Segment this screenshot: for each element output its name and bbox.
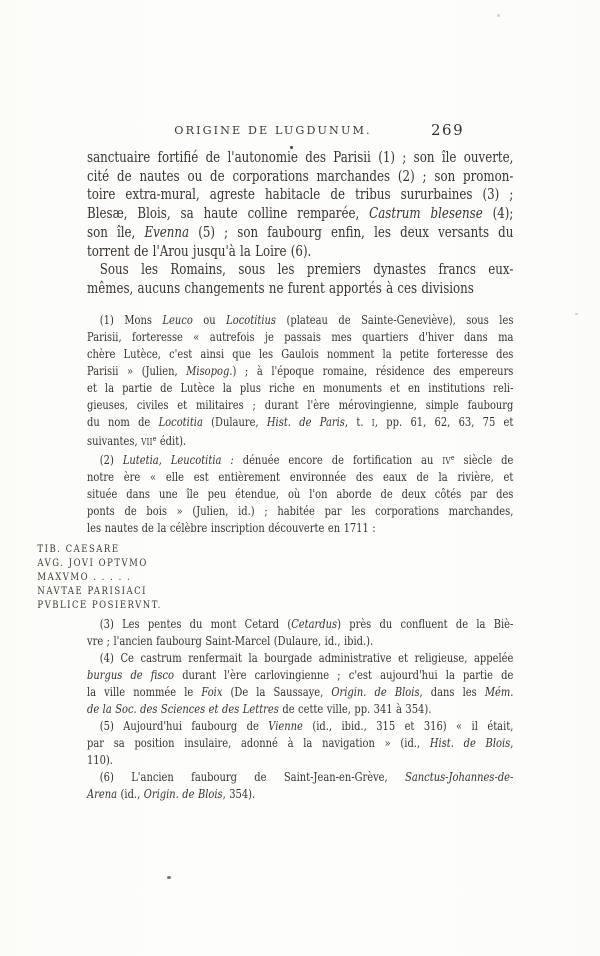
footnote: (4) Ce castrum renfermait la bourgade ad…: [87, 649, 513, 717]
footnote-line: (3) Les pentes du mont Cetard (Cetardus)…: [87, 615, 513, 632]
footnote-line: gieuses, civiles et militaires ; durant …: [87, 396, 513, 413]
footnote-line: Parisii, forteresse « autrefois je passa…: [87, 328, 513, 345]
ink-speck: [290, 146, 293, 149]
footnote: (3) Les pentes du mont Cetard (Cetardus)…: [87, 615, 513, 649]
footnote-line: (6) L'ancien faubourg de Saint-Jean-en-G…: [87, 768, 513, 785]
footnote-line: notre ère « elle est entièrement environ…: [87, 468, 513, 485]
footnote-line: 110).: [87, 751, 513, 768]
paragraph-line: Sous les Romains, sous les premiers dyna…: [87, 261, 513, 280]
footnote-line: de la Soc. des Sciences et des Lettres d…: [87, 700, 513, 717]
footnote-line: Parisii » (Julien, Misopog.) ; à l'époqu…: [87, 362, 513, 379]
inscription-line: TIB. CAESARE: [37, 542, 463, 556]
inscription-line: PVBLICE POSIERVNT.: [37, 598, 463, 612]
footnote-line: ponts de bois » (Julien, id.) ; habitée …: [87, 502, 513, 519]
paragraph-line: toire extra-mural, agreste habitacle de …: [87, 186, 513, 205]
paragraph-line: cité de nautes ou de corporations marcha…: [87, 168, 513, 187]
footnote: (6) L'ancien faubourg de Saint-Jean-en-G…: [87, 768, 513, 802]
paragraph-line: Blesæ, Blois, sa haute colline remparée,…: [87, 205, 513, 224]
paragraph: Sous les Romains, sous les premiers dyna…: [87, 261, 513, 298]
footnote-line: du nom de Locotitia (Dulaure, Hist. de P…: [87, 413, 513, 430]
book-page-scan: ORIGINE DE LUGDUNUM. 269 sanctuaire fort…: [0, 0, 600, 956]
text-column: sanctuaire fortifié de l'autonomie des P…: [87, 149, 513, 803]
paragraph-line: sanctuaire fortifié de l'autonomie des P…: [87, 149, 513, 168]
footnote-line: (2) Lutetia, Leucotitia : dénuée encore …: [87, 449, 513, 468]
ink-speck: [167, 876, 171, 879]
footnote-line: les nautes de la célèbre inscription déc…: [87, 519, 513, 536]
running-head-title: ORIGINE DE LUGDUNUM.: [174, 124, 371, 137]
ink-speck: [497, 14, 500, 17]
footnote-line: suivantes, viie édit).: [87, 430, 513, 449]
inscription-line: AVG. JOVI OPTVMO: [37, 556, 463, 570]
inscription-line: NAVTAE PARISIACI: [37, 584, 463, 598]
footnote: (2) Lutetia, Leucotitia : dénuée encore …: [87, 449, 513, 536]
footnote-line: et la partie de Lutèce la plus riche en …: [87, 379, 513, 396]
footnote-line: (5) Aujourd'hui faubourg de Vienne (id.,…: [87, 717, 513, 734]
footnote-line: la ville nommée le Foix (De la Saussaye,…: [87, 683, 513, 700]
ink-speck: [575, 313, 578, 315]
footnote-line: burgus de fisco durant l'ère carlovingie…: [87, 666, 513, 683]
footnote-line: Arena (id., Origin. de Blois, 354).: [87, 785, 513, 802]
page-number: 269: [431, 121, 464, 139]
footnote: (1) Mons Leuco ou Locotitius (plateau de…: [87, 311, 513, 450]
paragraph-line: torrent de l'Arou jusqu'à la Loire (6).: [87, 243, 513, 262]
paragraph-line: son île, Evenna (5) ; son faubourg enfin…: [87, 224, 513, 243]
footnote: (5) Aujourd'hui faubourg de Vienne (id.,…: [87, 717, 513, 768]
footnote-line: chère Lutèce, c'est ainsi que les Gauloi…: [87, 345, 513, 362]
paragraph: sanctuaire fortifié de l'autonomie des P…: [87, 149, 513, 261]
footnote-line: vre ; l'ancien faubourg Saint-Marcel (Du…: [87, 632, 513, 649]
footnote-line: située dans une île peu étendue, où l'on…: [87, 485, 513, 502]
inscription-line: MAXVMO . . . . .: [37, 570, 463, 584]
footnote-line: par sa position insulaire, adonné à la n…: [87, 734, 513, 751]
footnote-line: (4) Ce castrum renfermait la bourgade ad…: [87, 649, 513, 666]
footnote-line: (1) Mons Leuco ou Locotitius (plateau de…: [87, 311, 513, 328]
inscription: TIB. CAESAREAVG. JOVI OPTVMOMAXVMO . . .…: [37, 542, 463, 612]
paragraph-line: mêmes, aucuns changements ne furent appo…: [87, 280, 513, 299]
